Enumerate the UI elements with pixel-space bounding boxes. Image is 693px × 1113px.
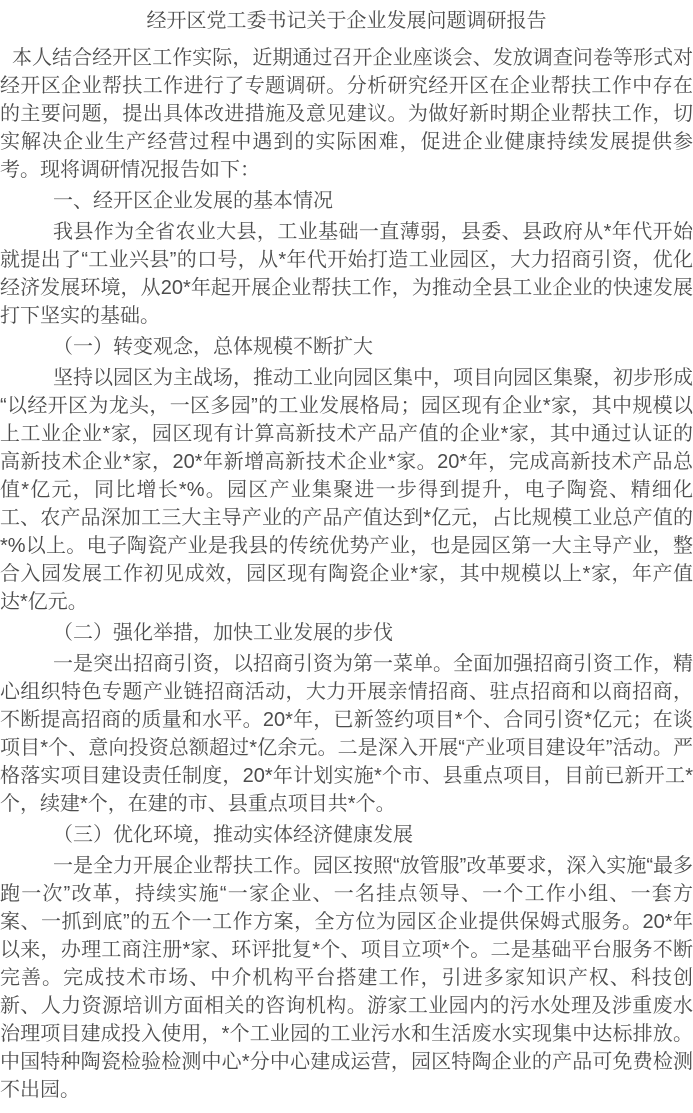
body-paragraph: 一是全力开展企业帮扶工作。园区按照“放管服”改革要求，深入实施“最多跑一次”改革…: [0, 852, 693, 1104]
body-paragraph: 一是突出招商引资，以招商引资为第一菜单。全面加强招商引资工作，精心组织特色专题产…: [0, 650, 693, 818]
section-heading: （三）优化环境，推动实体经济健康发展: [0, 821, 693, 849]
body-paragraph: 我县作为全省农业大县，工业基础一直薄弱，县委、县政府从*年代开始就提出了“工业兴…: [0, 218, 693, 330]
section-heading: （一）转变观念，总体规模不断扩大: [0, 333, 693, 361]
report-document: 经开区党工委书记关于企业发展问题调研报告 本人结合经开区工作实际，近期通过召开企…: [0, 0, 693, 1113]
section-heading: （二）强化举措，加快工业发展的步伐: [0, 619, 693, 647]
document-body: 本人结合经开区工作实际，近期通过召开企业座谈会、发放调查问卷等形式对经开区企业帮…: [0, 44, 693, 1104]
section-heading: 一、经开区企业发展的基本情况: [0, 187, 693, 215]
body-paragraph: 本人结合经开区工作实际，近期通过召开企业座谈会、发放调查问卷等形式对经开区企业帮…: [0, 44, 693, 184]
document-title: 经开区党工委书记关于企业发展问题调研报告: [0, 7, 693, 35]
body-paragraph: 坚持以园区为主战场，推动工业向园区集中，项目向园区集聚，初步形成“以经开区为龙头…: [0, 364, 693, 616]
